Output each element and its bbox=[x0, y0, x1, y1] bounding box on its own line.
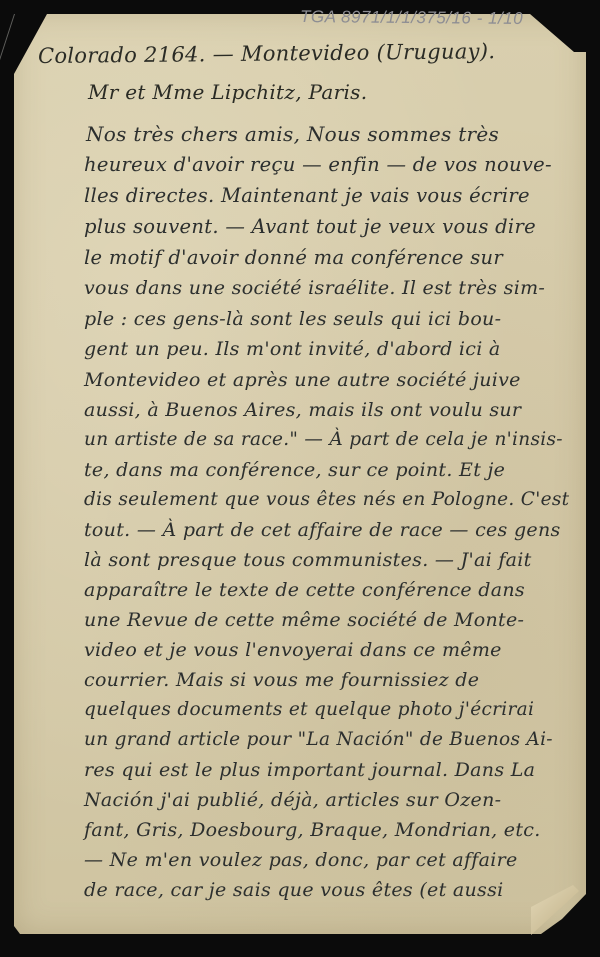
body-line: ple : ces gens-là sont les seuls qui ici… bbox=[84, 305, 501, 333]
body-line: une Revue de cette même société de Monte… bbox=[84, 606, 524, 634]
body-line: res qui est le plus important journal. D… bbox=[84, 756, 535, 784]
body-line: heureux d'avoir reçu — enfin — de vos no… bbox=[84, 151, 552, 179]
archive-reference: TGA 8971/1/1/375/16 - 1/10 bbox=[300, 7, 523, 29]
body-line: vous dans une société israélite. Il est … bbox=[84, 274, 545, 302]
letter-recipient: Mr et Mme Lipchitz, Paris. bbox=[88, 78, 367, 106]
body-line: dis seulement que vous êtes nés en Polog… bbox=[84, 486, 569, 514]
body-line: gent un peu. Ils m'ont invité, d'abord i… bbox=[84, 335, 501, 363]
body-line: Nación j'ai publié, déjà, articles sur O… bbox=[84, 786, 501, 814]
body-line: le motif d'avoir donné ma conférence sur bbox=[84, 244, 503, 272]
body-line: plus souvent. — Avant tout je veux vous … bbox=[84, 213, 536, 241]
body-line: un artiste de sa race." — À part de cela… bbox=[84, 426, 563, 454]
document-viewer: TGA 8971/1/1/375/16 - 1/10 Colorado 2164… bbox=[0, 0, 600, 957]
body-line: Nos très chers amis, Nous sommes très bbox=[86, 120, 499, 148]
body-line: lles directes. Maintenant je vais vous é… bbox=[84, 182, 530, 210]
body-line: un grand article pour "La Nación" de Bue… bbox=[84, 726, 553, 754]
body-line: courrier. Mais si vous me fournissiez de bbox=[84, 666, 479, 694]
body-line: quelques documents et quelque photo j'éc… bbox=[84, 696, 534, 724]
body-line: te, dans ma conférence, sur ce point. Et… bbox=[84, 456, 505, 484]
body-line: de race, car je sais que vous êtes (et a… bbox=[84, 876, 504, 904]
body-line: — Ne m'en voulez pas, donc, par cet affa… bbox=[84, 846, 518, 874]
letter-address: Colorado 2164. — Montevideo (Uruguay). bbox=[38, 37, 496, 70]
body-line: apparaître le texte de cette conférence … bbox=[84, 576, 525, 604]
body-line: aussi, à Buenos Aires, mais ils ont voul… bbox=[84, 396, 521, 424]
body-line: là sont presque tous communistes. — J'ai… bbox=[84, 546, 532, 574]
body-line: Montevideo et après une autre société ju… bbox=[84, 366, 521, 394]
body-line: tout. — À part de cet affaire de race — … bbox=[84, 516, 561, 544]
body-line: fant, Gris, Doesbourg, Braque, Mondrian,… bbox=[84, 816, 541, 844]
body-line: video et je vous l'envoyerai dans ce mêm… bbox=[84, 636, 502, 664]
